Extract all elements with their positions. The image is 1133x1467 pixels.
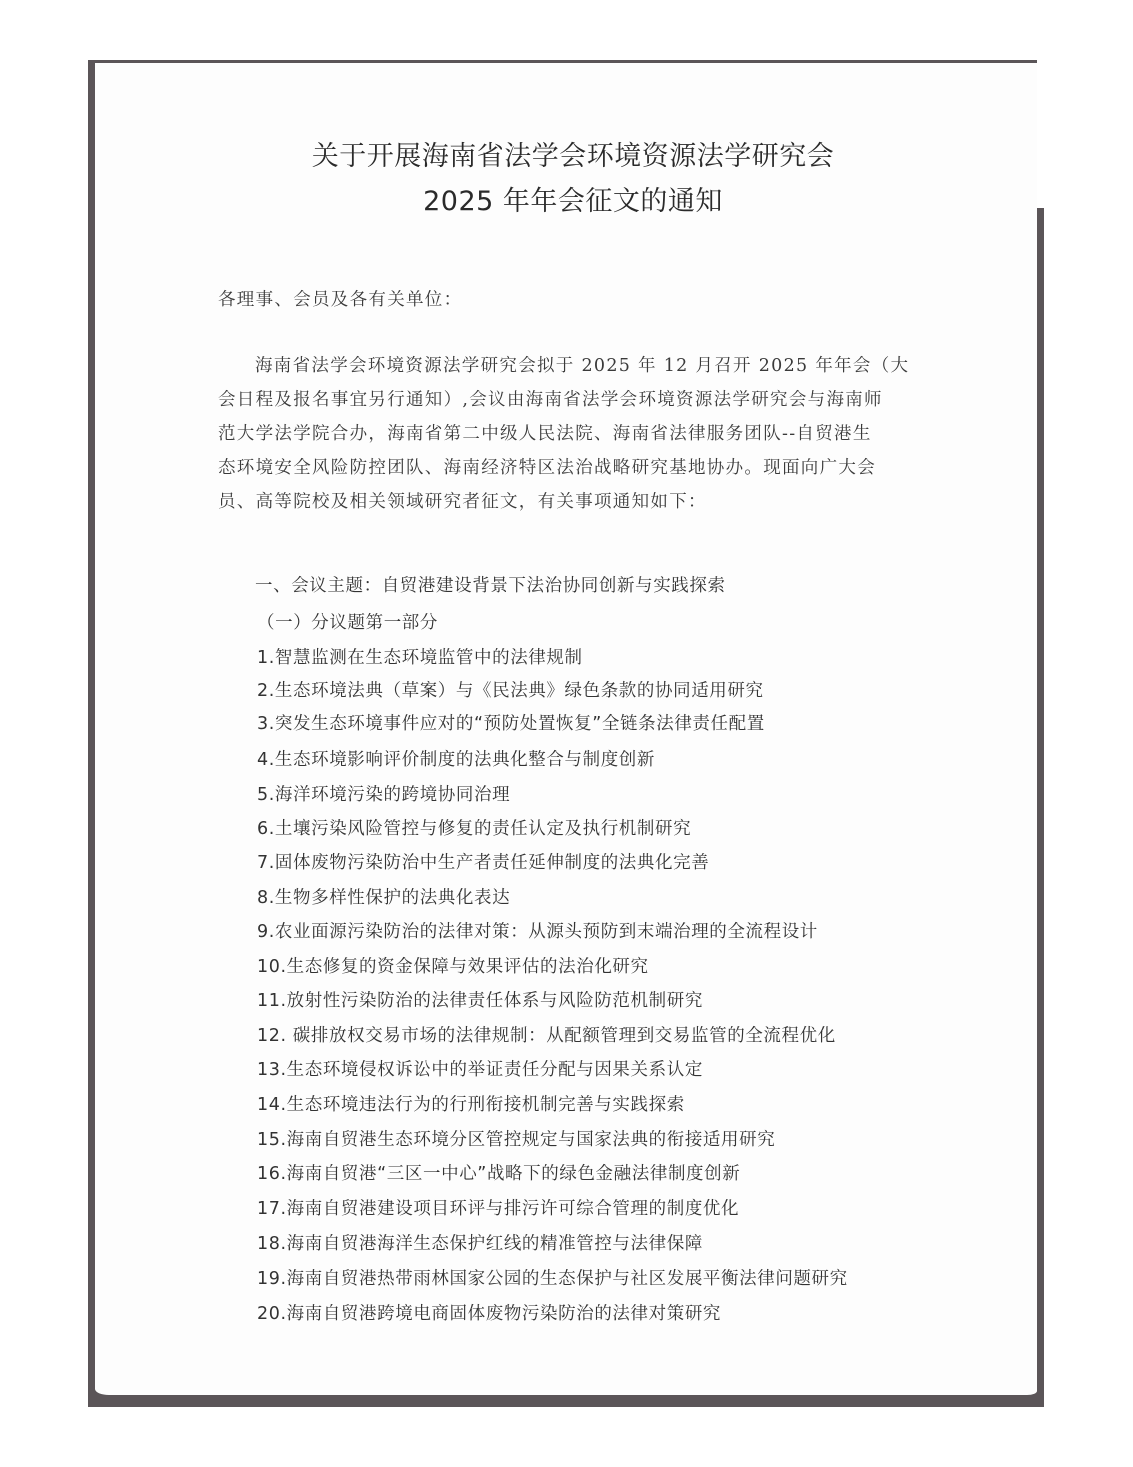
topic-item: 19.海南自贸港热带雨林国家公园的生态保护与社区发展平衡法律问题研究: [257, 1269, 848, 1289]
topic-item: 20.海南自贸港跨境电商固体废物污染防治的法律对策研究: [257, 1304, 721, 1324]
topic-item: 17.海南自贸港建设项目环评与排污许可综合管理的制度优化: [257, 1199, 739, 1219]
page-edge: [1037, 60, 1044, 208]
topic-item: 4.生态环境影响评价制度的法典化整合与制度创新: [257, 750, 655, 770]
topic-item: 9.农业面源污染防治的法律对策：从源头预防到末端治理的全流程设计: [257, 922, 818, 942]
topic-item: 11.放射性污染防治的法律责任体系与风险防范机制研究: [257, 991, 703, 1011]
document-title-line-1: 关于开展海南省法学会环境资源法学研究会: [95, 143, 1051, 171]
intro-paragraph-line: 范大学法学院合办，海南省第二中级人民法院、海南省法律服务团队--自贸港生: [218, 424, 872, 444]
salutation: 各理事、会员及各有关单位：: [218, 290, 462, 310]
topic-item: 5.海洋环境污染的跨境协同治理: [257, 785, 510, 805]
scanned-page-frame: 关于开展海南省法学会环境资源法学研究会 2025 年年会征文的通知 各理事、会员…: [88, 60, 1044, 1407]
topic-item: 16.海南自贸港“三区一中心”战略下的绿色金融法律制度创新: [257, 1164, 740, 1184]
intro-paragraph-line: 员、高等院校及相关领域研究者征文，有关事项通知如下：: [218, 492, 707, 512]
topic-item: 15.海南自贸港生态环境分区管控规定与国家法典的衔接适用研究: [257, 1130, 775, 1150]
topic-item: 12. 碳排放权交易市场的法律规制：从配额管理到交易监管的全流程优化: [257, 1026, 836, 1046]
intro-paragraph-line: 海南省法学会环境资源法学研究会拟于 2025 年 12 月召开 2025 年年会…: [255, 356, 909, 376]
topic-item: 8.生物多样性保护的法典化表达: [257, 888, 510, 908]
topic-item: 14.生态环境违法行为的行刑衔接机制完善与实践探索: [257, 1095, 685, 1115]
document-title-line-2: 2025 年年会征文的通知: [95, 188, 1051, 216]
intro-paragraph-line: 态环境安全风险防控团队、海南经济特区法治战略研究基地协办。现面向广大会: [218, 458, 876, 478]
topic-item: 6.土壤污染风险管控与修复的责任认定及执行机制研究: [257, 819, 691, 839]
topic-item: 10.生态修复的资金保障与效果评估的法治化研究: [257, 957, 649, 977]
intro-paragraph-line: 会日程及报名事宜另行通知）,会议由海南省法学会环境资源法学研究会与海南师: [218, 390, 883, 410]
document-page: 关于开展海南省法学会环境资源法学研究会 2025 年年会征文的通知 各理事、会员…: [95, 63, 1037, 1395]
topic-item: 18.海南自贸港海洋生态保护红线的精准管控与法律保障: [257, 1234, 703, 1254]
topic-item: 1.智慧监测在生态环境监管中的法律规制: [257, 648, 583, 668]
topic-item: 13.生态环境侵权诉讼中的举证责任分配与因果关系认定: [257, 1060, 703, 1080]
topic-item: 2.生态环境法典（草案）与《民法典》绿色条款的协同适用研究: [257, 681, 764, 701]
subsection-heading: （一）分议题第一部分: [257, 613, 438, 633]
topic-item: 3.突发生态环境事件应对的“预防处置恢复”全链条法律责任配置: [257, 714, 765, 734]
section-heading-theme: 一、会议主题：自贸港建设背景下法治协同创新与实践探索: [255, 576, 726, 596]
topic-item: 7.固体废物污染防治中生产者责任延伸制度的法典化完善: [257, 853, 709, 873]
